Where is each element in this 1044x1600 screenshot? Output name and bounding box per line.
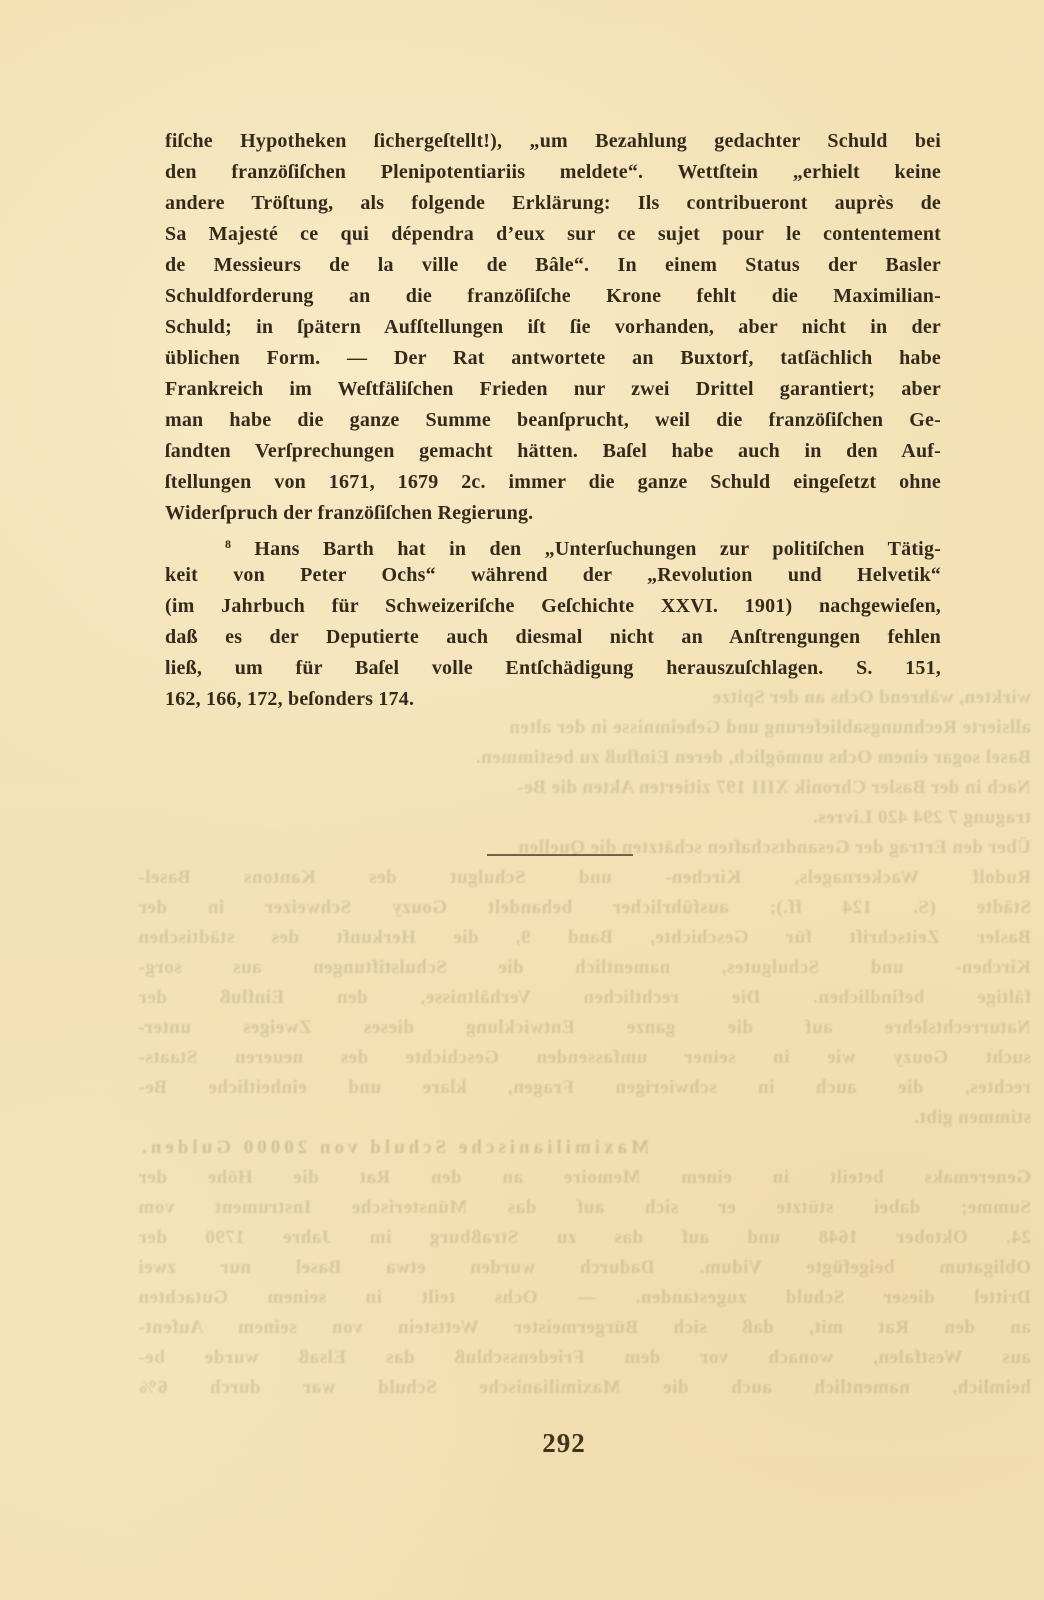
ghost-text-line: heimlich, namentlich auch die Maximilian… <box>138 1373 1031 1403</box>
text-line: keit von Peter Ochs“ während der „Revolu… <box>165 560 941 591</box>
ghost-text-line: Maximilianische Schuld von 20000 Gulden. <box>138 1133 1031 1163</box>
text-line: ſtellungen von 1671, 1679 2c. immer die … <box>165 467 941 498</box>
ghost-text-line: Generemaks beteilt in einem Memoire an d… <box>138 1163 1031 1193</box>
ghost-text-line: 24. Oktober 1648 und auf das zu Straßbur… <box>138 1223 1031 1253</box>
text-line: (im Jahrbuch für Schweizeriſche Geſchich… <box>165 591 941 622</box>
text-line: de Messieurs de la ville de Bâle“. In ei… <box>165 250 941 281</box>
text-line: 162, 166, 172, beſonders 174. <box>165 684 941 715</box>
ghost-text-line: Summe; dabei stützte er sich auf das Mün… <box>138 1193 1031 1223</box>
ghost-text-line: stimmen gibt. <box>138 1103 1031 1133</box>
ghost-text-line: Basler Zeitschrift für Geschichte, Band … <box>138 923 1031 953</box>
text-line: ließ, um für Baſel volle Entſchädigung h… <box>165 653 941 684</box>
ghost-text-line: Drittel dieser Schuld zugestanden. — Och… <box>138 1283 1031 1313</box>
ghost-text-line: Naturrechtslehre auf die ganze Entwicklu… <box>138 1013 1031 1043</box>
scanned-page: wirkten, während Ochs an der Spitzeallsi… <box>0 0 1044 1600</box>
ghost-text-line: Über den Ertrag der Gesandtschaften schä… <box>138 833 1031 863</box>
text-line: fiſche Hypotheken ſichergeſtellt!), „um … <box>165 126 941 157</box>
verso-showthrough: wirkten, während Ochs an der Spitzeallsi… <box>138 683 1031 1403</box>
ghost-text-line: Basel sogar einem Ochs unmöglich, deren … <box>138 743 1031 773</box>
text-line: andere Tröſtung, als folgende Erklärung:… <box>165 188 941 219</box>
ghost-text-line: Nach in der Basler Chronik XIII 197 ziti… <box>138 773 1031 803</box>
text-line: Frankreich im Weſtfäliſchen Frieden nur … <box>165 374 941 405</box>
ghost-text-line: fältige befindlichen. Die rechtlichen Ve… <box>138 983 1031 1013</box>
ghost-text-line: Rudolf Wackernagels, Kirchen- und Schulg… <box>138 863 1031 893</box>
text-line: daß es der Deputierte auch diesmal nicht… <box>165 622 941 653</box>
text-line: Sa Majesté ce qui dépendra d’eux sur ce … <box>165 219 941 250</box>
text-line: man habe die ganze Summe beanſprucht, we… <box>165 405 941 436</box>
ghost-text-line: Obligatum beigefügte Vidum. Dadurch wurd… <box>138 1253 1031 1283</box>
text-line: Schuld; in ſpätern Aufſtellungen iſt ſie… <box>165 312 941 343</box>
ghost-text-line: aus Westfalen, wonach vor dem Friedenssc… <box>138 1343 1031 1373</box>
text-line: ſandten Verſprechungen gemacht hätten. B… <box>165 436 941 467</box>
text-line: 8 Hans Barth hat in den „Unterſuchungen … <box>165 529 941 560</box>
ghost-text-line: rechtes, die auch in schwierigen Fragen,… <box>138 1073 1031 1103</box>
text-line: den franzöſiſchen Plenipotentiariis meld… <box>165 157 941 188</box>
ghost-text-line: sucht Gouzy wie in seiner umfassenden Ge… <box>138 1043 1031 1073</box>
text-line: üblichen Form. — Der Rat antwortete an B… <box>165 343 941 374</box>
page-number: 292 <box>165 1428 941 1459</box>
footnote-marker: 8 <box>225 537 231 551</box>
ghost-text-line: Städte (S. 124 ff.); ausführlicher behan… <box>138 893 1031 923</box>
ghost-text-line: allsierte Rechnungsablieferung und Gehei… <box>138 713 1031 743</box>
ghost-text-line: an den Rat mit, daß sich Bürgermeister W… <box>138 1313 1031 1343</box>
footnote-divider-rule <box>487 854 633 856</box>
ghost-text-line: Kirchen- und Schulgutes, namentlich die … <box>138 953 1031 983</box>
ghost-text-line: tragung 7 294 420 Livres. <box>138 803 1031 833</box>
text-line: Schuldforderung an die franzöſiſche Kron… <box>165 281 941 312</box>
text-line: Widerſpruch der franzöſiſchen Regierung. <box>165 498 941 529</box>
body-text: fiſche Hypotheken ſichergeſtellt!), „um … <box>165 126 941 715</box>
